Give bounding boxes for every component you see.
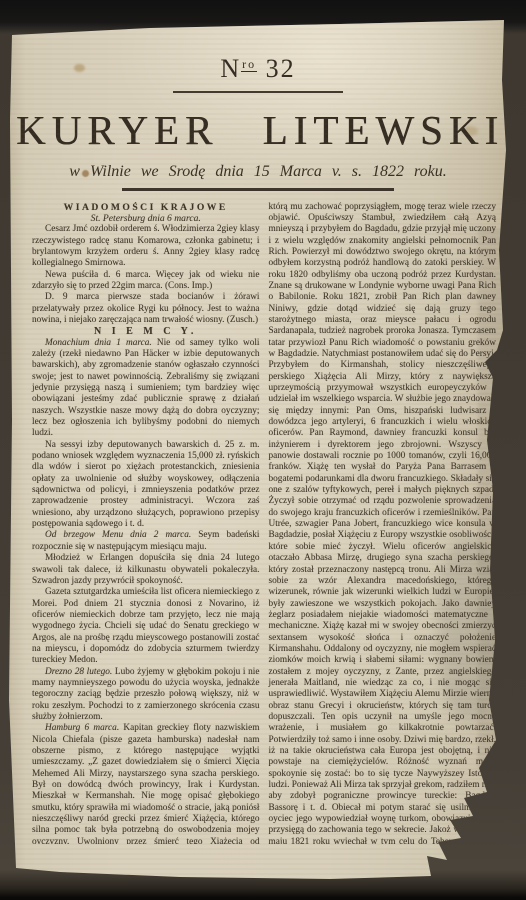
section-heading-niemcy: N I E M C Y. bbox=[32, 326, 260, 337]
masthead-dateline: w Wilnie we Srodę dnia 15 Marca v. s. 18… bbox=[16, 163, 500, 181]
dateline-rule bbox=[122, 188, 394, 191]
article-paragraph: Drezno 28 lutego. Lubo żyjemy w głębokim… bbox=[32, 667, 260, 724]
issue-rule bbox=[173, 91, 343, 93]
article-paragraph: Na sessyi izby deputowanych bawarskich d… bbox=[32, 440, 260, 531]
article-paragraph: Młodzież w Erlangen dopuściła się dnia 2… bbox=[32, 553, 260, 587]
section-dateline-petersburg: St. Petersburg dnia 6 marca. bbox=[32, 213, 260, 224]
left-column: WIADOMOŚCI KRAJOWE St. Petersburg dnia 6… bbox=[32, 202, 260, 844]
article-paragraph: Monachium dnia 1 marca. Nie od samey tyl… bbox=[32, 338, 260, 440]
article-continuation-text: którą mu zachować poprzysiągłem, mogę te… bbox=[269, 202, 497, 844]
article-paragraph: Cesarz Jmć ozdobił orderem ś. Włodzimier… bbox=[32, 224, 260, 269]
masthead: Nro 32 KURYER LITEWSKI w Wilnie we Srodę… bbox=[16, 54, 500, 191]
paragraph-dateline: Monachium dnia 1 marca. bbox=[45, 338, 152, 348]
paragraph-dateline: Drezno 28 lutego. bbox=[45, 667, 112, 677]
newspaper-title: KURYER LITEWSKI bbox=[16, 106, 500, 154]
paragraph-text: Kapitan greckiey floty nazwiskiem Nicola… bbox=[32, 723, 260, 843]
issue-value: 32 bbox=[266, 54, 296, 83]
paragraph-dateline: Hamburg 6 marca. bbox=[45, 723, 119, 733]
page-content: Nro 32 KURYER LITEWSKI w Wilnie we Srodę… bbox=[16, 30, 500, 844]
article-paragraph: Hamburg 6 marca. Kapitan greckiey floty … bbox=[32, 723, 260, 843]
paragraph-dateline: Od brzegow Menu dnia 2 marca. bbox=[45, 530, 191, 540]
issue-prefix: N bbox=[220, 54, 241, 83]
issue-superscript: ro bbox=[241, 57, 257, 72]
newspaper-page: Nro 32 KURYER LITEWSKI w Wilnie we Srodę… bbox=[0, 0, 526, 900]
article-paragraph: Od brzegow Menu dnia 2 marca. Seym badeń… bbox=[32, 530, 260, 553]
paragraph-text: Nie od samey tylko woli zależy (rzekł ni… bbox=[32, 338, 260, 439]
issue-number: Nro 32 bbox=[16, 54, 500, 84]
section-heading-krajowe: WIADOMOŚCI KRAJOWE bbox=[32, 202, 260, 213]
right-column: którą mu zachować poprzysiągłem, mogę te… bbox=[269, 202, 497, 844]
article-paragraph: Gazeta sztutgardzka umieściła list ofice… bbox=[32, 587, 260, 666]
article-columns: WIADOMOŚCI KRAJOWE St. Petersburg dnia 6… bbox=[16, 202, 500, 844]
article-paragraph: D. 9 marca pierwsze stada bocianów i żór… bbox=[32, 292, 260, 326]
article-paragraph: Newa puściła d. 6 marca. Więcey jak od w… bbox=[32, 270, 260, 293]
